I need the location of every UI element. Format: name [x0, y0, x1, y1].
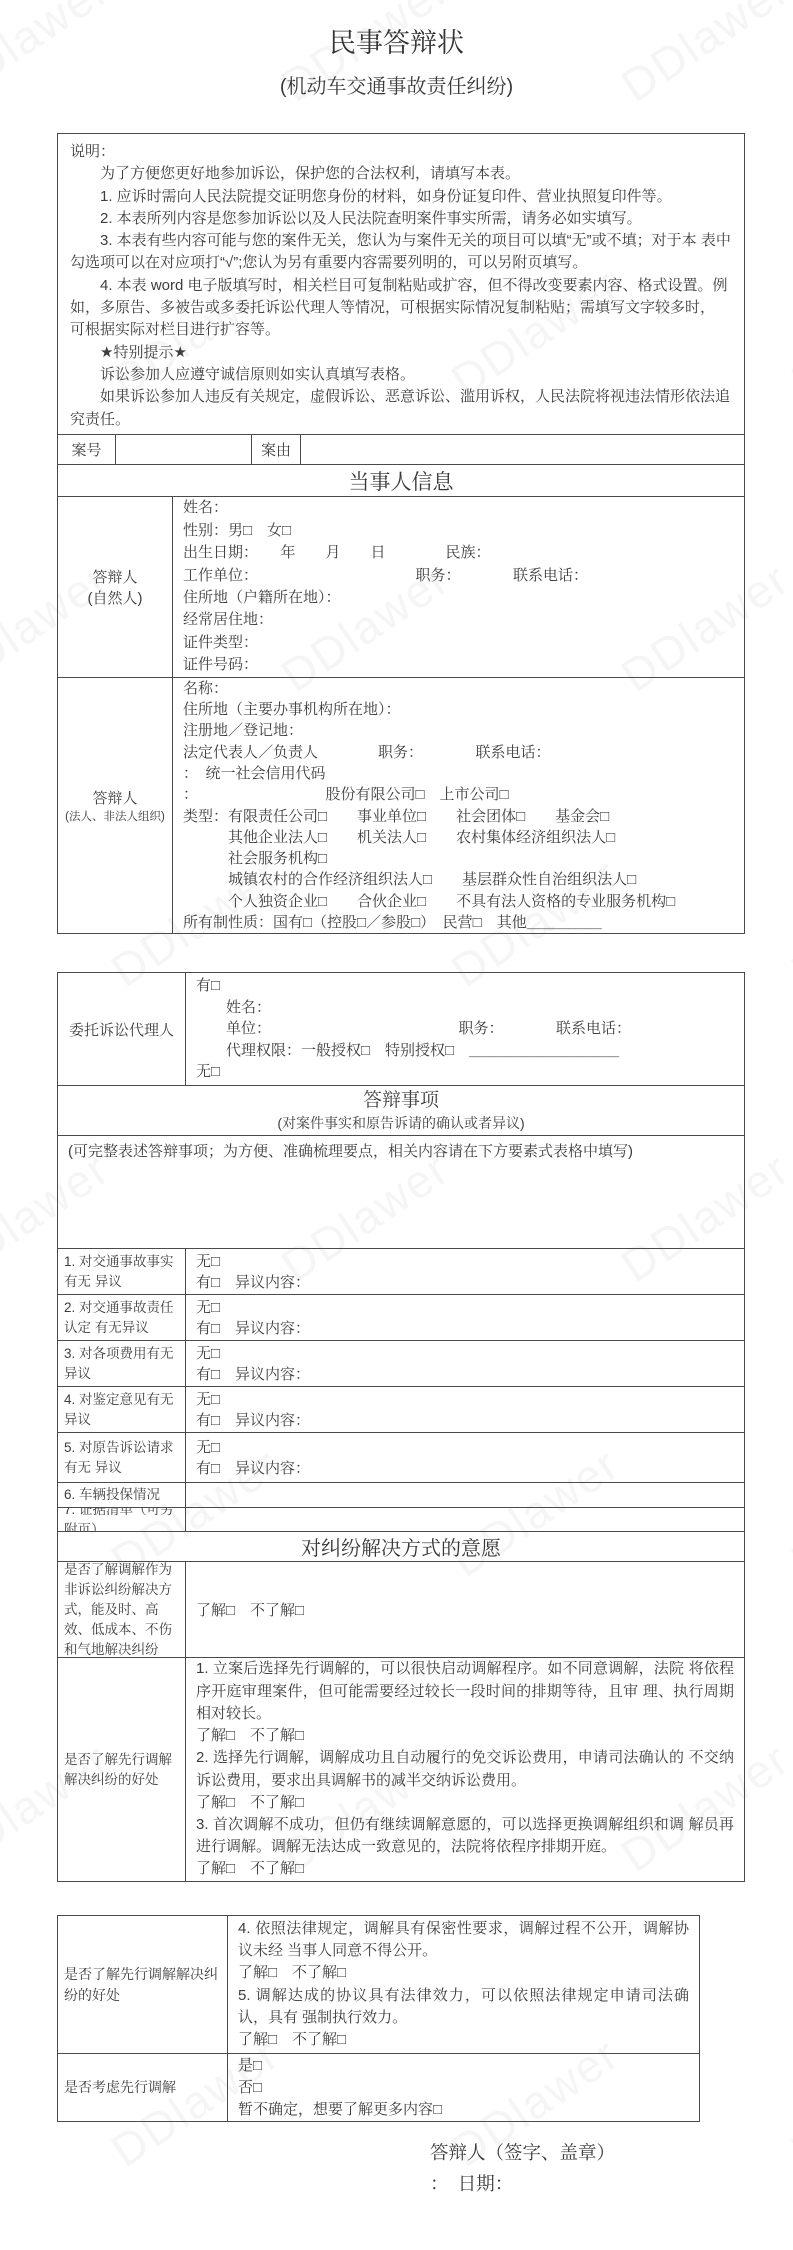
instructions-row: 说明： 为了方便您更好地参加诉讼，保护您的合法权利，请填写本表。 1. 应诉时需…	[58, 134, 744, 434]
residence-field[interactable]: 经常居住地：	[183, 609, 734, 631]
domicile-field[interactable]: 住所地（户籍所在地）：	[183, 587, 734, 609]
org-registration-field[interactable]: 注册地／登记地：	[183, 720, 734, 741]
defense-item-answer: 无□ 有□ 异议内容：	[186, 1387, 744, 1432]
defense-item-row: 1. 对交通事故事实有无 异议 无□ 有□ 异议内容：	[58, 1248, 744, 1294]
agent-yes-checkbox[interactable]: 有□	[196, 975, 734, 997]
case-number-field[interactable]	[116, 435, 252, 464]
id-number-field[interactable]: 证件号码：	[183, 654, 734, 676]
agent-fields: 有□ 姓名： 单位： 职务： 联系电话： 代理权限：一般授权□ 特别授权□ ＿＿…	[186, 973, 744, 1085]
case-row: 案号 案由	[58, 434, 744, 464]
instruction-line: 诉讼参加人应遵守诚信原则如实认真填写表格。	[70, 364, 732, 386]
org-type-checkboxes[interactable]: 其他企业法人□ 机关法人□ 农村集体经济组织法人□	[183, 827, 734, 848]
no-objection-checkbox[interactable]: 无□	[196, 1297, 734, 1318]
mediation-benefits2-row: 是否了解先行调解解决纠纷的好处 4. 依照法律规定，调解具有保密性要求，调解过程…	[58, 1916, 699, 2053]
mediation-table-2: 是否了解先行调解解决纠纷的好处 4. 依照法律规定，调解具有保密性要求，调解过程…	[57, 1915, 700, 2122]
benefit-paragraph: 5. 调解达成的协议具有法律效力，可以依照法律规定申请司法确认，具有 强制执行效…	[238, 1985, 689, 2029]
consider-mediation-answer: 是□ 否□ 暂不确定，想要了解更多内容□	[228, 2054, 699, 2121]
respondent-natural-label: 答辩人 (自然人)	[58, 497, 173, 677]
respondent-label-line: 答辩人	[92, 787, 137, 808]
consider-mediation-row: 是否考虑先行调解 是□ 否□ 暂不确定，想要了解更多内容□	[58, 2053, 699, 2121]
document-page: DDlawerDDlawerDDlawerDDlawerDDlawerDDlaw…	[0, 0, 793, 2250]
signature-block: 答辩人（签字、盖章） ： 日期：	[430, 2137, 793, 2199]
company-type-checkboxes[interactable]: ： 股份有限公司□ 上市公司□	[183, 784, 734, 805]
id-type-field[interactable]: 证件类型：	[183, 632, 734, 654]
defense-item-row: 6. 车辆投保情况	[58, 1482, 744, 1507]
date-line[interactable]: ： 日期：	[430, 2168, 793, 2199]
no-checkbox[interactable]: 否□	[238, 2077, 689, 2099]
defense-item-label: 5. 对原告诉讼请求有无 异议	[58, 1433, 186, 1482]
document-subtitle: (机动车交通事故责任纠纷)	[0, 74, 793, 100]
signature-line[interactable]: 答辩人（签字、盖章）	[430, 2137, 793, 2168]
yes-checkbox[interactable]: 是□	[238, 2055, 689, 2077]
org-name-field[interactable]: 名称：	[183, 678, 734, 699]
ownership-checkboxes[interactable]: 所有制性质：国有□（控股□／参股□） 民营□ 其他＿＿＿＿＿	[183, 912, 734, 933]
mediation-header: 对纠纷解决方式的意愿	[58, 1532, 744, 1561]
agent-name-field[interactable]: 姓名：	[196, 997, 734, 1019]
agent-authority-checkboxes[interactable]: 代理权限：一般授权□ 特别授权□ ＿＿＿＿＿＿＿＿＿＿	[196, 1040, 734, 1062]
name-field[interactable]: 姓名：	[183, 497, 734, 519]
understand-checkboxes[interactable]: 了解□ 不了解□	[196, 1725, 734, 1747]
defense-item-answer: 无□ 有□ 异议内容：	[186, 1295, 744, 1340]
mediation-benefits-label: 是否了解先行调解解决纠纷的好处	[58, 1658, 186, 1881]
org-type-checkboxes[interactable]: 社会服务机构□	[183, 848, 734, 869]
defense-item-row: 4. 对鉴定意见有无异议 无□ 有□ 异议内容：	[58, 1386, 744, 1432]
instruction-line: 说明：	[70, 141, 732, 163]
no-objection-checkbox[interactable]: 无□	[196, 1437, 734, 1458]
defense-subheader: (对案件事实和原告诉请的确认或者异议)	[277, 1114, 524, 1133]
benefit-paragraph: 4. 依照法律规定，调解具有保密性要求，调解过程不公开，调解协议未经 当事人同意…	[238, 1918, 689, 1962]
party-info-table: 说明： 为了方便您更好地参加诉讼，保护您的合法权利，请填写本表。 1. 应诉时需…	[57, 133, 745, 934]
agent-label: 委托诉讼代理人	[58, 973, 186, 1085]
respondent-legal-row: 答辩人 (法人、非法人组织) 名称： 住所地（主要办事机构所在地）： 注册地／登…	[58, 677, 744, 933]
benefit-paragraph: 3. 首次调解不成功，但仍有继续调解意愿的，可以选择更换调解组织和调 解员再进行…	[196, 1814, 734, 1858]
defense-note-row: (可完整表述答辩事项；为方便、准确梳理要点，相关内容请在下方要素式表格中填写)	[58, 1135, 744, 1248]
birthdate-field[interactable]: 出生日期： 年 月 日 民族：	[183, 542, 734, 564]
defense-item-label: 1. 对交通事故事实有无 异议	[58, 1249, 186, 1294]
defense-item-label: 2. 对交通事故责任认定 有无异议	[58, 1295, 186, 1340]
party-header-row: 当事人信息	[58, 464, 744, 496]
mediation-awareness-label: 是否了解调解作为非诉讼纠纷解决方式，能及时、高效、低成本、不伤和气地解决纠纷	[58, 1562, 186, 1657]
mediation-benefits-label: 是否了解先行调解解决纠纷的好处	[58, 1916, 228, 2053]
defense-item-label: 3. 对各项费用有无异议	[58, 1341, 186, 1386]
instruction-line: 2. 本表所列内容是您参加诉讼以及人民法院查明案件事实所需，请务必如实填写。	[70, 208, 732, 230]
respondent-legal-label: 答辩人 (法人、非法人组织)	[58, 678, 173, 933]
insurance-field[interactable]	[186, 1483, 744, 1507]
defense-item-answer: 无□ 有□ 异议内容：	[186, 1433, 744, 1482]
org-type-checkboxes[interactable]: 个人独资企业□ 合伙企业□ 不具有法人资格的专业服务机构□	[183, 891, 734, 912]
respondent-natural-row: 答辩人 (自然人) 姓名： 性别：男□ 女□ 出生日期： 年 月 日 民族： 工…	[58, 496, 744, 677]
document-title: 民事答辩状	[0, 0, 793, 60]
legal-rep-field[interactable]: 法定代表人／负责人 职务： 联系电话：	[183, 742, 734, 763]
defense-item-row: 7. 证据清单（可另附页）	[58, 1507, 744, 1531]
respondent-legal-fields: 名称： 住所地（主要办事机构所在地）： 注册地／登记地： 法定代表人／负责人 职…	[173, 678, 744, 933]
defense-item-label: 7. 证据清单（可另附页）	[58, 1508, 186, 1531]
defense-header: 答辩事项	[363, 1088, 439, 1114]
understand-checkboxes[interactable]: 了解□ 不了解□	[196, 1792, 734, 1814]
defense-statement-field[interactable]: (可完整表述答辩事项；为方便、准确梳理要点，相关内容请在下方要素式表格中填写)	[58, 1136, 744, 1248]
defense-item-row: 3. 对各项费用有无异议 无□ 有□ 异议内容：	[58, 1340, 744, 1386]
objection-checkbox[interactable]: 有□ 异议内容：	[196, 1364, 734, 1385]
agent-employer-field[interactable]: 单位： 职务： 联系电话：	[196, 1018, 734, 1040]
defense-note: (可完整表述答辩事项；为方便、准确梳理要点，相关内容请在下方要素式表格中填写)	[68, 1140, 734, 1161]
mediation-benefits-content: 1. 立案后选择先行调解的，可以很快启动调解程序。如不同意调解，法院 将依程序开…	[186, 1658, 744, 1881]
defense-item-answer: 无□ 有□ 异议内容：	[186, 1249, 744, 1294]
respondent-natural-fields: 姓名： 性别：男□ 女□ 出生日期： 年 月 日 民族： 工作单位： 职务： 联…	[173, 497, 744, 677]
respondent-label-line: (法人、非法人组织)	[65, 808, 165, 824]
objection-checkbox[interactable]: 有□ 异议内容：	[196, 1410, 734, 1431]
understand-checkboxes[interactable]: 了解□ 不了解□	[196, 1858, 734, 1880]
defense-item-label: 4. 对鉴定意见有无异议	[58, 1387, 186, 1432]
understand-checkboxes[interactable]: 了解□ 不了解□	[196, 1599, 734, 1620]
mediation-awareness-answer: 了解□ 不了解□	[186, 1562, 744, 1657]
defense-item-answer: 无□ 有□ 异议内容：	[186, 1341, 744, 1386]
org-domicile-field[interactable]: 住所地（主要办事机构所在地）：	[183, 699, 734, 720]
mediation-header-row: 对纠纷解决方式的意愿	[58, 1531, 744, 1561]
instruction-line: 4. 本表 word 电子版填写时，相关栏目可复制粘贴或扩容，但不得改变要素内容…	[70, 275, 732, 342]
understand-checkboxes[interactable]: 了解□ 不了解□	[238, 1962, 689, 1984]
evidence-list-field[interactable]	[186, 1508, 744, 1531]
special-notice-line: ★特别提示★	[70, 342, 732, 364]
objection-checkbox[interactable]: 有□ 异议内容：	[196, 1458, 734, 1479]
cause-field[interactable]	[301, 435, 744, 464]
defense-header-row: 答辩事项 (对案件事实和原告诉请的确认或者异议)	[58, 1085, 744, 1135]
benefit-paragraph: 1. 立案后选择先行调解的，可以很快启动调解程序。如不同意调解，法院 将依程序开…	[196, 1658, 734, 1725]
defense-item-label: 6. 车辆投保情况	[58, 1483, 186, 1507]
defense-table: 委托诉讼代理人 有□ 姓名： 单位： 职务： 联系电话： 代理权限：一般授权□ …	[57, 972, 745, 1882]
agent-none-checkbox[interactable]: 无□	[196, 1061, 734, 1083]
instruction-line: 1. 应诉时需向人民法院提交证明您身份的材料，如身份证复印件、营业执照复印件等。	[70, 186, 732, 208]
mediation-benefits-content: 4. 依照法律规定，调解具有保密性要求，调解过程不公开，调解协议未经 当事人同意…	[228, 1916, 699, 2053]
gender-checkboxes[interactable]: 性别：男□ 女□	[183, 520, 734, 542]
case-number-label: 案号	[58, 435, 116, 464]
agent-row: 委托诉讼代理人 有□ 姓名： 单位： 职务： 联系电话： 代理权限：一般授权□ …	[58, 973, 744, 1085]
no-objection-checkbox[interactable]: 无□	[196, 1389, 734, 1410]
no-objection-checkbox[interactable]: 无□	[196, 1251, 734, 1272]
no-objection-checkbox[interactable]: 无□	[196, 1343, 734, 1364]
instruction-line: 如果诉讼参加人违反有关规定，虚假诉讼、恶意诉讼、滥用诉权，人民法院将视违法情形依…	[70, 386, 732, 431]
instruction-line: 3. 本表有些内容可能与您的案件无关，您认为与案件无关的项目可以填“无”或不填；…	[70, 230, 732, 275]
org-type-checkboxes[interactable]: 城镇农村的合作经济组织法人□ 基层群众性自治组织法人□	[183, 869, 734, 890]
credit-code-field[interactable]: ： 统一社会信用代码	[183, 763, 734, 784]
understand-checkboxes[interactable]: 了解□ 不了解□	[238, 2029, 689, 2051]
benefit-paragraph: 2. 选择先行调解，调解成功且自动履行的免交诉讼费用，申请司法确认的 不交纳诉讼…	[196, 1747, 734, 1791]
org-type-checkboxes[interactable]: 类型：有限责任公司□ 事业单位□ 社会团体□ 基金会□	[183, 806, 734, 827]
mediation-benefits-row: 是否了解先行调解解决纠纷的好处 1. 立案后选择先行调解的，可以很快启动调解程序…	[58, 1657, 744, 1881]
employer-field[interactable]: 工作单位： 职务： 联系电话：	[183, 565, 734, 587]
objection-checkbox[interactable]: 有□ 异议内容：	[196, 1272, 734, 1293]
respondent-label-line: (自然人)	[88, 587, 143, 608]
instruction-line: 为了方便您更好地参加诉讼，保护您的合法权利，请填写本表。	[70, 163, 732, 185]
party-info-header: 当事人信息	[58, 465, 744, 496]
mediation-awareness-row: 是否了解调解作为非诉讼纠纷解决方式，能及时、高效、低成本、不伤和气地解决纠纷 了…	[58, 1561, 744, 1657]
undecided-checkbox[interactable]: 暂不确定，想要了解更多内容□	[238, 2099, 689, 2121]
consider-mediation-label: 是否考虑先行调解	[58, 2054, 228, 2121]
cause-label: 案由	[252, 435, 301, 464]
respondent-label-line: 答辩人	[92, 566, 137, 587]
objection-checkbox[interactable]: 有□ 异议内容：	[196, 1318, 734, 1339]
instructions-box: 说明： 为了方便您更好地参加诉讼，保护您的合法权利，请填写本表。 1. 应诉时需…	[58, 134, 744, 434]
defense-item-row: 2. 对交通事故责任认定 有无异议 无□ 有□ 异议内容：	[58, 1294, 744, 1340]
defense-item-row: 5. 对原告诉讼请求有无 异议 无□ 有□ 异议内容：	[58, 1432, 744, 1482]
